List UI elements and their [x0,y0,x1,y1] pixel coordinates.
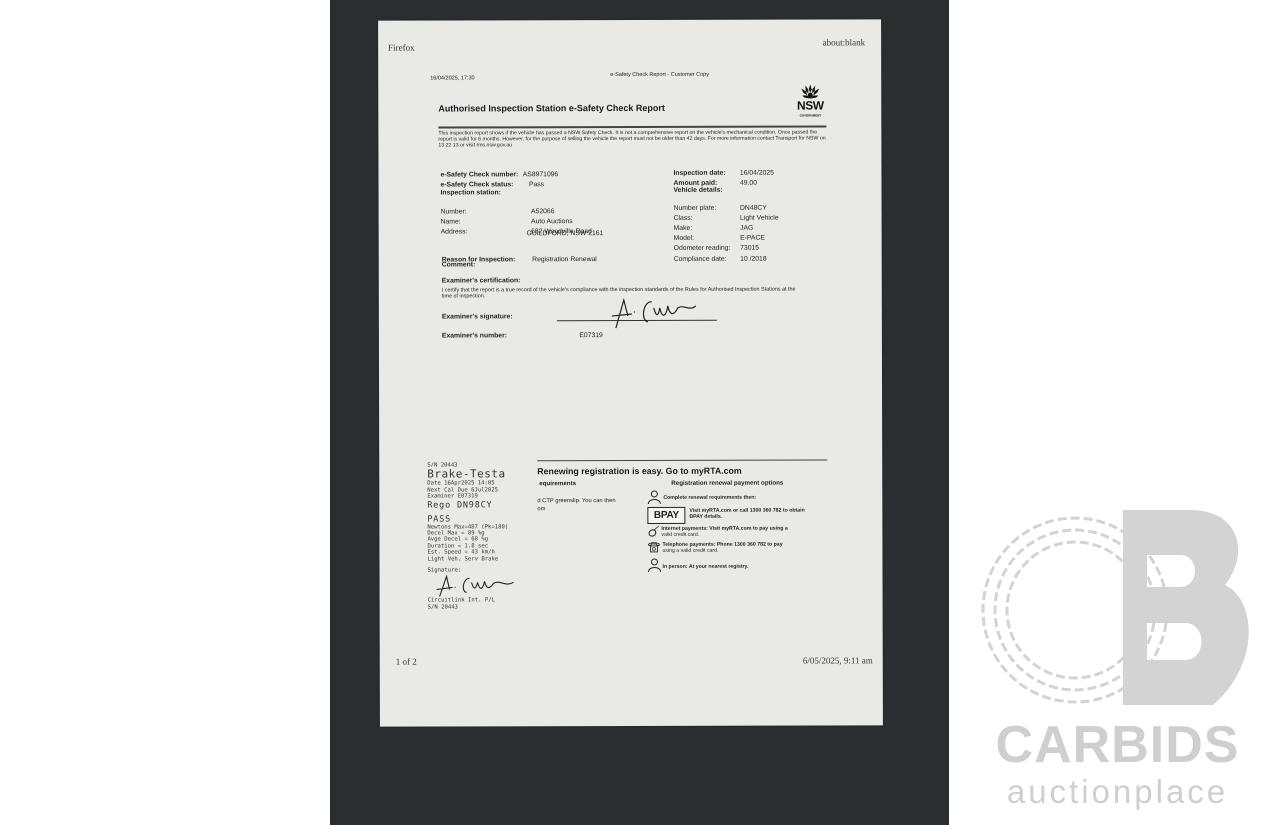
brake-tester-receipt: S/N 20443 Brake-Testa Date 16Apr2025 14:… [427,460,537,635]
footer-date-time: 6/05/2025, 9:11 am [803,655,873,665]
certification-heading: Examiner's certification: [442,277,521,284]
watermark-brand: CARBIDS [975,715,1260,775]
receipt-serial-bottom: S/N 20443 [428,604,538,611]
bpay-text: Visit myRTA.com or call 1300 360 782 to … [689,508,804,521]
station-address-label: Address: [441,228,527,235]
bpay-text-2: BPAY details. [689,514,722,520]
print-date-time: 16/04/2025, 17:30 [430,75,474,81]
renewal-divider [537,459,827,461]
station-address-line2: GUILDFORD, NSW 2161 [527,230,604,237]
title-rule [438,125,826,128]
receipt-result: PASS [427,514,537,524]
receipt-vehicle-type: Light Veh. Serv Brake [427,556,537,563]
examiner-number-label: Examiner's number: [442,332,575,339]
check-status-label: e-Safety Check status: [440,181,524,188]
amount-paid-label: Amount paid: [673,180,735,187]
requirements-text-2: om [537,506,545,512]
browser-name: Firefox [388,43,415,53]
compliance-date-label: Compliance date: [674,256,736,263]
receipt-rego: Rego DN98CY [427,500,537,510]
print-page-title: e-Safety Check Report - Customer Copy [610,72,709,78]
vehicle-heading: Vehicle details: [674,187,723,194]
renewal-title: Renewing registration is easy. Go to myR… [537,466,742,477]
examiner-number-row: Examiner's number: E07319 [442,324,603,342]
bpay-text-1: Visit myRTA.com or call 1300 360 782 to … [689,508,804,514]
complete-requirements-label: Complete renewal requirements then: [663,495,756,502]
in-person-text: In person: At your nearest registry. [662,564,748,571]
nsw-logo-subtext: GOVERNMENT [794,113,826,117]
examiner-signature-label: Examiner's signature: [442,313,513,320]
bpay-logo: BPAY [647,507,685,524]
printed-report-page: Firefox about:blank 16/04/2025, 17:30 e-… [378,19,883,726]
watermark-tagline: auctionplace [975,773,1260,811]
telephone-icon [647,541,660,553]
examiner-number-value: E07319 [579,332,602,339]
nsw-government-logo: NSW GOVERNMENT [794,83,826,121]
amount-paid-value: 49.00 [740,180,757,187]
person-icon [647,490,661,504]
receipt-brand: Brake-Testa [427,469,537,481]
intro-text: This inspection report shows if the vehi… [438,129,830,149]
receipt-signature [434,574,544,598]
page-counter: 1 of 2 [396,657,417,667]
mouse-icon [647,525,659,537]
carbids-cb-logo-icon [975,505,1260,715]
telephone-payments-text-2: using a valid credit card. [662,548,718,554]
station-heading: Inspection station: [441,189,501,196]
carbids-watermark: CARBIDS auctionplace [975,505,1260,815]
person-icon [647,558,661,572]
requirements-heading: equirements [539,480,576,487]
waratah-icon [799,83,821,99]
browser-url: about:blank [823,37,866,47]
internet-payments-text-2: valid credit card. [661,532,699,538]
report-title: Authorised Inspection Station e-Safety C… [438,103,665,114]
check-status-value: Pass [529,181,544,188]
examiner-signature [604,294,724,330]
internet-payments-text: Internet payments: Visit myRTA.com to pa… [661,526,787,539]
telephone-payments-text: Telephone payments: Phone 1300 360 782 t… [662,542,782,555]
telephone-payments-text-1: Telephone payments: Phone 1300 360 782 t… [662,542,782,548]
compliance-date-row: Compliance date: 10 /2018 [674,248,767,266]
compliance-date-value: 10 /2018 [740,256,766,263]
nsw-logo-text: NSW [794,98,826,112]
requirements-text-1: d CTP greenslip. You can then [537,498,615,504]
comment-label: Comment: [442,261,476,268]
internet-payments-text-1: Internet payments: Visit myRTA.com to pa… [661,526,787,532]
reason-value: Registration Renewal [532,256,597,263]
payment-options-heading: Registration renewal payment options [671,480,783,487]
